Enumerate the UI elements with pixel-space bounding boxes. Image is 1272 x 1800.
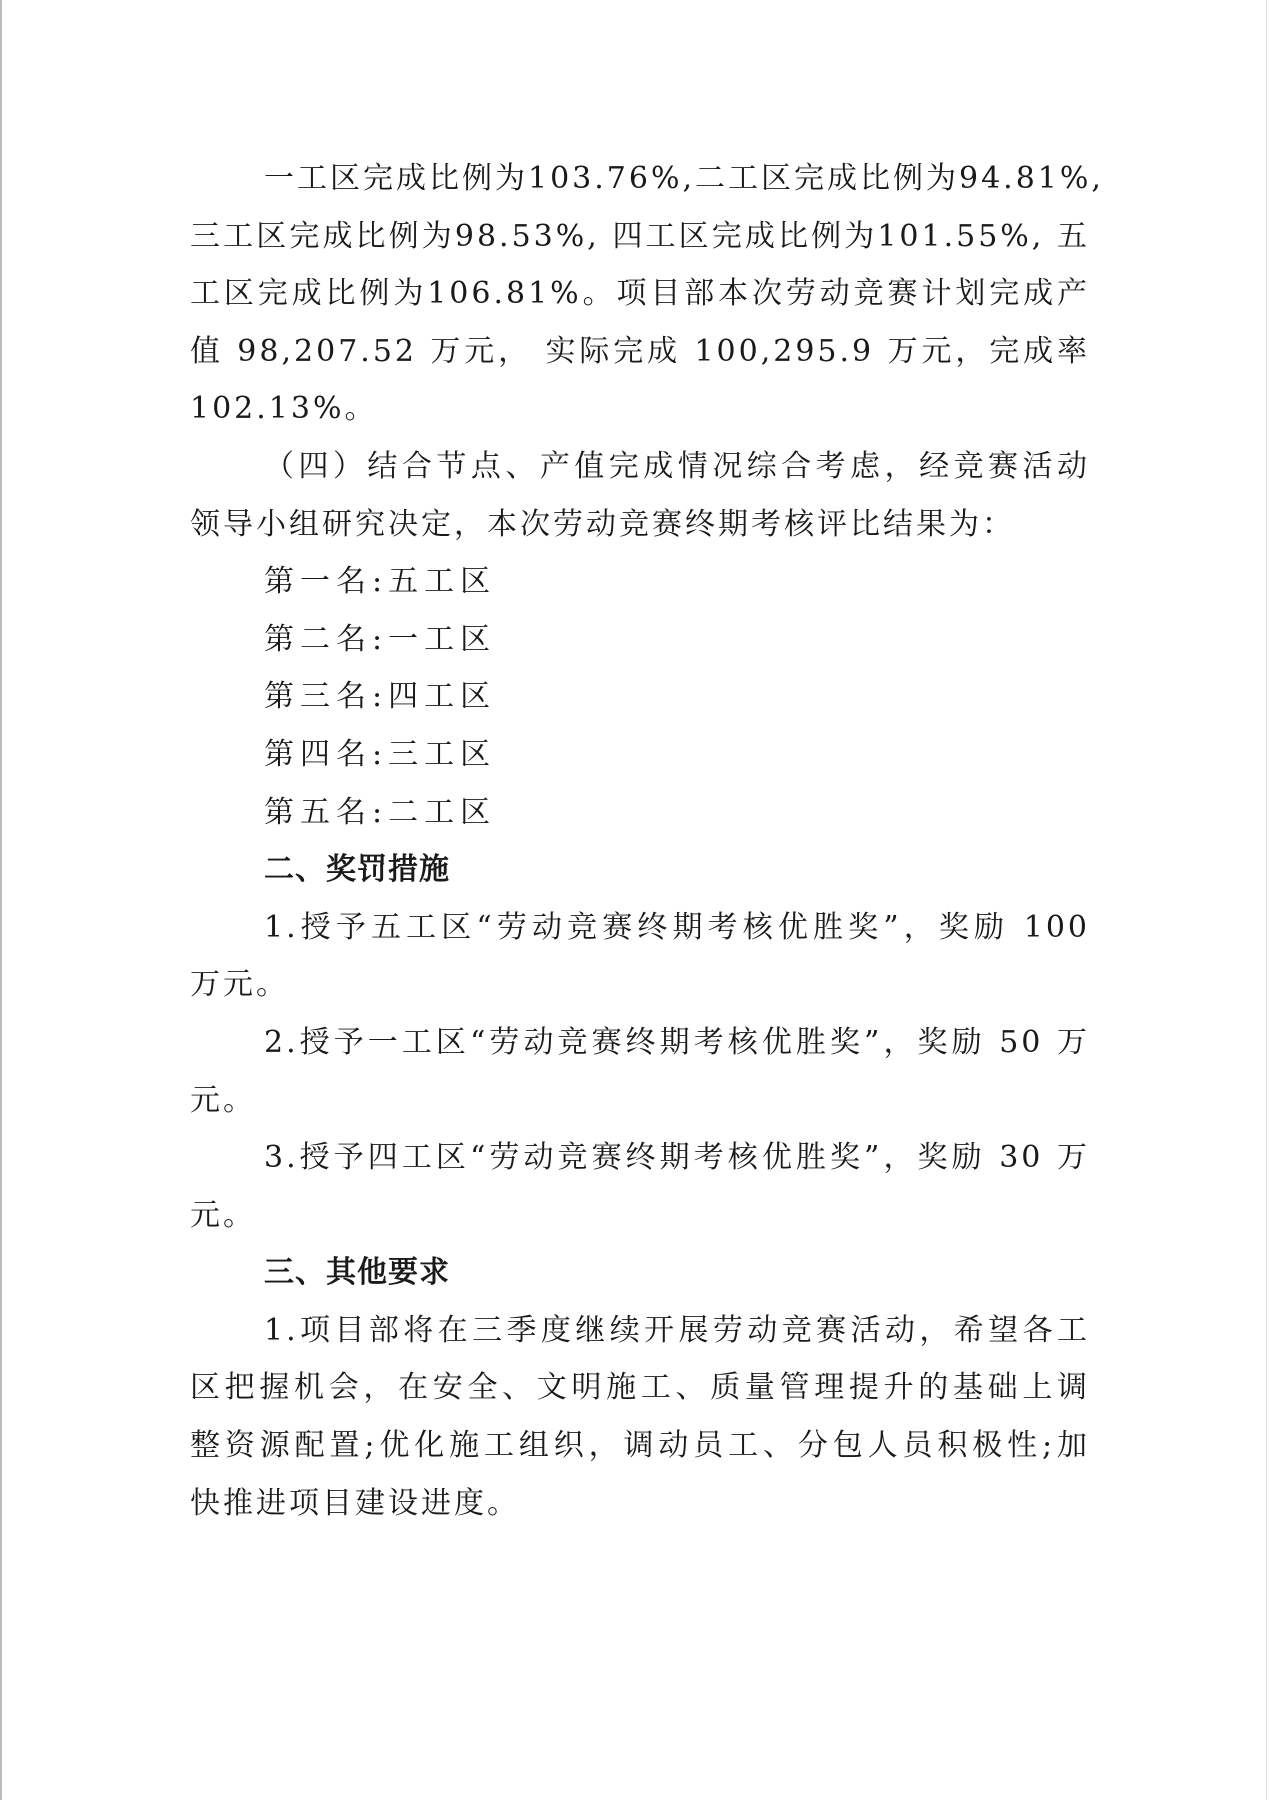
text-line: 万元。	[190, 956, 1090, 1014]
ranking-item: 第一名:五工区	[190, 553, 1090, 611]
rewards-section: 二、奖罚措施 1.授予五工区“劳动竞赛终期考核优胜奖”，奖励 100 万元。 2…	[190, 841, 1090, 1244]
section-heading: 三、其他要求	[190, 1244, 1090, 1302]
scan-edge-left	[0, 0, 2, 1800]
ranking-item: 第三名:四工区	[190, 668, 1090, 726]
text-line: （四）结合节点、产值完成情况综合考虑，经竞赛活动	[190, 438, 1090, 496]
document-page: 一工区完成比例为103.76%,二工区完成比例为94.81%, 三工区完成比例为…	[190, 150, 1090, 1532]
text-line: 元。	[190, 1187, 1090, 1245]
text-line: 1.项目部将在三季度继续开展劳动竞赛活动，希望各工	[190, 1302, 1090, 1360]
completion-paragraph: 一工区完成比例为103.76%,二工区完成比例为94.81%, 三工区完成比例为…	[190, 150, 1090, 438]
decision-paragraph: （四）结合节点、产值完成情况综合考虑，经竞赛活动 领导小组研究决定，本次劳动竞赛…	[190, 438, 1090, 553]
other-requirements-section: 三、其他要求 1.项目部将在三季度继续开展劳动竞赛活动，希望各工 区把握机会，在…	[190, 1244, 1090, 1532]
reward-item: 1.授予五工区“劳动竞赛终期考核优胜奖”，奖励 100 万元。	[190, 899, 1090, 1014]
requirement-item: 1.项目部将在三季度继续开展劳动竞赛活动，希望各工 区把握机会，在安全、文明施工…	[190, 1302, 1090, 1532]
text-line: 整资源配置;优化施工组织，调动员工、分包人员积极性;加	[190, 1417, 1090, 1475]
reward-item: 2.授予一工区“劳动竞赛终期考核优胜奖”，奖励 50 万 元。	[190, 1014, 1090, 1129]
ranking-item: 第四名:三工区	[190, 726, 1090, 784]
text-line: 一工区完成比例为103.76%,二工区完成比例为94.81%,	[190, 150, 1090, 208]
text-line: 元。	[190, 1072, 1090, 1130]
ranking-item: 第五名:二工区	[190, 784, 1090, 842]
text-line: 领导小组研究决定，本次劳动竞赛终期考核评比结果为：	[190, 496, 1090, 554]
text-line: 三工区完成比例为98.53%, 四工区完成比例为101.55%, 五	[190, 208, 1090, 266]
text-line: 工区完成比例为106.81%。项目部本次劳动竞赛计划完成产	[190, 265, 1090, 323]
ranking-item: 第二名:一工区	[190, 611, 1090, 669]
text-line: 值 98,207.52 万元， 实际完成 100,295.9 万元，完成率	[190, 323, 1090, 381]
ranking-list: 第一名:五工区 第二名:一工区 第三名:四工区 第四名:三工区 第五名:二工区	[190, 553, 1090, 841]
reward-item: 3.授予四工区“劳动竞赛终期考核优胜奖”，奖励 30 万 元。	[190, 1129, 1090, 1244]
text-line: 区把握机会，在安全、文明施工、质量管理提升的基础上调	[190, 1359, 1090, 1417]
scan-edge-right	[1266, 0, 1267, 1800]
text-line: 102.13%。	[190, 380, 1090, 438]
text-line: 快推进项目建设进度。	[190, 1475, 1090, 1533]
section-heading: 二、奖罚措施	[190, 841, 1090, 899]
text-line: 3.授予四工区“劳动竞赛终期考核优胜奖”，奖励 30 万	[190, 1129, 1090, 1187]
text-line: 1.授予五工区“劳动竞赛终期考核优胜奖”，奖励 100	[190, 899, 1090, 957]
text-line: 2.授予一工区“劳动竞赛终期考核优胜奖”，奖励 50 万	[190, 1014, 1090, 1072]
